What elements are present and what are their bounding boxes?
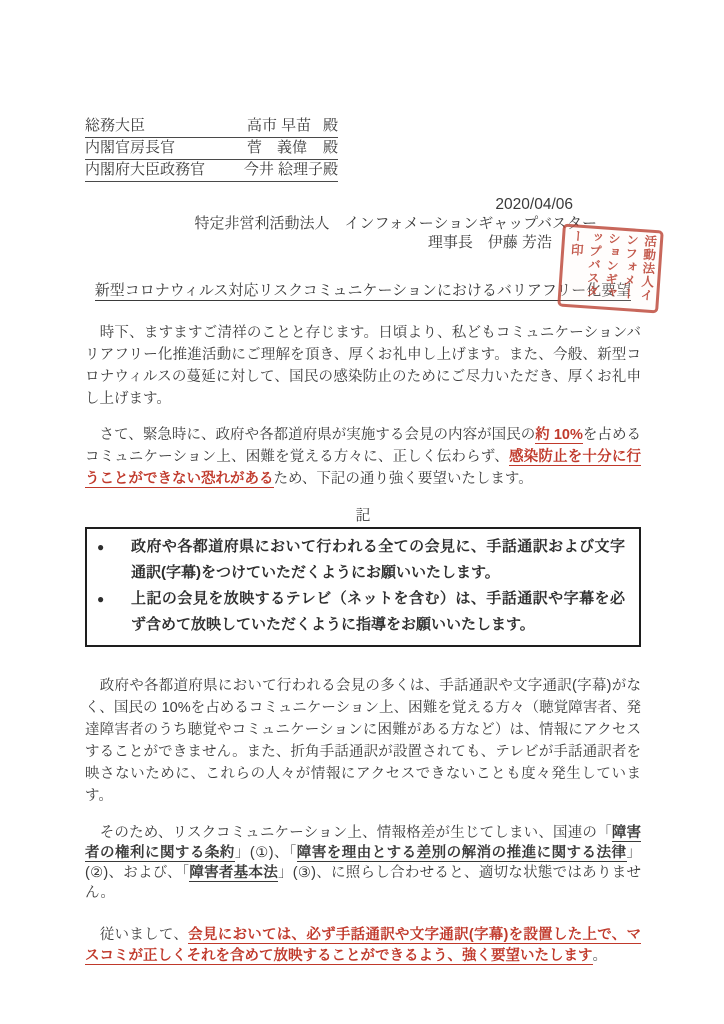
addressee-name: 菅 義偉: [247, 139, 323, 157]
addressee-honorific: 殿: [323, 117, 338, 135]
bullet-icon: ●: [97, 586, 131, 638]
addressee-role: 内閣府大臣政務官: [85, 161, 244, 179]
letter-content: 総務大臣 高市 早苗 殿 内閣官房長官 菅 義偉 殿 内閣府大臣政務官 今井 絵…: [85, 116, 641, 967]
sender-organization: 特定非営利活動法人 インフォメーションギャップバスター: [85, 214, 597, 233]
request-item: ● 上記の会見を放映するテレビ（ネットを含む）は、手話通訳や字幕を必ず含めて放映…: [97, 586, 625, 638]
request-text: 上記の会見を放映するテレビ（ネットを含む）は、手話通訳や字幕を必ず含めて放映して…: [131, 586, 625, 638]
addressee-honorific: 殿: [323, 161, 338, 179]
addressee-row: 総務大臣 高市 早苗 殿: [85, 116, 338, 138]
addressee-block: 総務大臣 高市 早苗 殿 内閣官房長官 菅 義偉 殿 内閣府大臣政務官 今井 絵…: [85, 116, 338, 182]
corporate-seal-text: 特定非営利活動法人インフォメーションギャップバスター印: [564, 229, 664, 309]
addressee-role: 内閣官房長官: [85, 139, 247, 157]
paragraph-issue: さて、緊急時に、政府や各都道府県が実施する会見の内容が国民の約 10%を占めるコ…: [85, 424, 641, 490]
paragraph-closing-demand: 従いまして、会見においては、必ず手話通訳や文字通訳(字幕)を設置した上で、マスコ…: [85, 925, 641, 967]
sender-block: 2020/04/06 特定非営利活動法人 インフォメーションギャップバスター 理…: [85, 195, 597, 252]
letter-page: 総務大臣 高市 早苗 殿 内閣官房長官 菅 義偉 殿 内閣府大臣政務官 今井 絵…: [0, 0, 724, 1024]
request-text: 政府や各都道府県において行われる全ての会見に、手話通訳および文字通訳(字幕)をつ…: [131, 534, 625, 586]
addressee-role: 総務大臣: [85, 117, 247, 135]
addressee-row: 内閣府大臣政務官 今井 絵理子 殿: [85, 160, 338, 182]
request-box: ● 政府や各都道府県において行われる全ての会見に、手話通訳および文字通訳(字幕)…: [85, 527, 641, 647]
addressee-name: 今井 絵理子: [244, 161, 323, 179]
ki-heading: 記: [85, 504, 641, 525]
addressee-row: 内閣官房長官 菅 義偉 殿: [85, 138, 338, 160]
emphasis-red-10-percent: 約 10%: [535, 427, 583, 444]
law-name-discrimination-elimination: 障害を理由とする差別の解消の推進に関する法律: [297, 845, 627, 862]
law-name-basic-act: 障害者基本法: [189, 865, 278, 882]
letter-date: 2020/04/06: [85, 195, 597, 214]
corporate-seal-stamp: 特定非営利活動法人インフォメーションギャップバスター印: [557, 224, 664, 314]
addressee-name: 高市 早苗: [247, 117, 323, 135]
bullet-icon: ●: [97, 534, 131, 586]
paragraph-background: 政府や各都道府県において行われる会見の多くは、手話通訳や文字通訳(字幕)がなく、…: [85, 675, 641, 807]
paragraph-legal-basis: そのため、リスクコミュニケーション上、情報格差が生じてしまい、国連の「障害者の権…: [85, 823, 641, 903]
paragraph-greeting: 時下、ますますご清祥のことと存じます。日頃より、私どもコミュニケーションバリアフ…: [85, 322, 641, 410]
request-item: ● 政府や各都道府県において行われる全ての会見に、手話通訳および文字通訳(字幕)…: [97, 534, 625, 586]
addressee-honorific: 殿: [323, 139, 338, 157]
sender-person: 理事長 伊藤 芳浩: [85, 233, 597, 252]
